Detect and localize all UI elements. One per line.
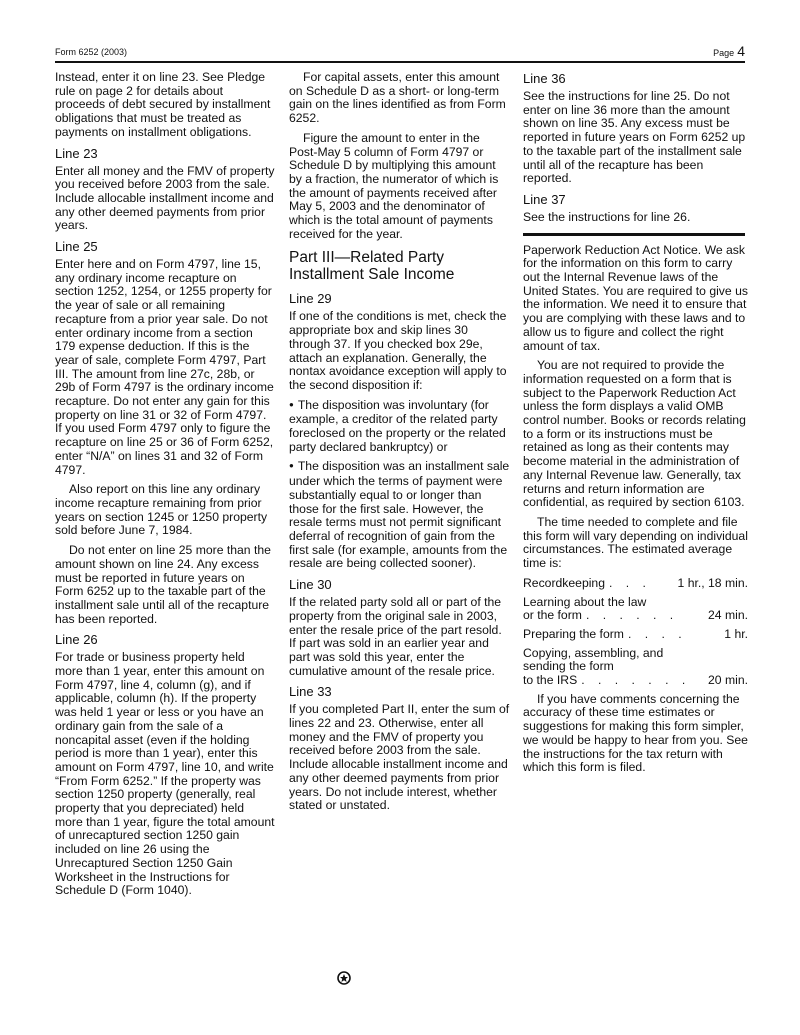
line25-text-1: Enter here and on Form 4797, line 15, an… (55, 258, 275, 477)
line33-text: If you completed Part II, enter the sum … (289, 703, 511, 813)
line25-text-3: Do not enter on line 25 more than the am… (55, 544, 275, 626)
section-divider (523, 233, 745, 236)
time-row-copying: Copying, assembling, and sending the for… (523, 647, 748, 688)
line33-heading: Line 33 (289, 684, 511, 699)
recycle-icon (337, 971, 351, 985)
paperwork-title: Paperwork Reduction Act Notice. (523, 243, 701, 257)
paperwork-notice: Paperwork Reduction Act Notice. We ask f… (523, 244, 748, 354)
part3-heading: Part III—Related PartyInstallment Sale I… (289, 249, 511, 283)
time-row-preparing: Preparing the form. . . .1 hr. (523, 628, 748, 642)
column-3: Line 36 See the instructions for line 25… (523, 71, 748, 781)
bullet-icon (289, 398, 298, 412)
comments-paragraph: If you have comments concerning the accu… (523, 693, 748, 775)
page-indicator: Page4 (713, 43, 745, 59)
bullet-icon (289, 459, 298, 473)
line30-text: If the related party sold all or part of… (289, 596, 511, 678)
post-may5-paragraph: Figure the amount to enter in the Post-M… (289, 132, 511, 242)
column-1: Instead, enter it on line 23. See Pledge… (55, 71, 275, 904)
capital-assets-paragraph: For capital assets, enter this amount on… (289, 71, 511, 126)
omb-paragraph: You are not required to provide the info… (523, 359, 748, 510)
header-rule (55, 61, 745, 63)
line23-heading: Line 23 (55, 146, 275, 161)
line37-heading: Line 37 (523, 192, 748, 207)
line29-heading: Line 29 (289, 291, 511, 306)
time-row-learning: Learning about the law or the form. . . … (523, 596, 748, 623)
line29-text: If one of the conditions is met, check t… (289, 310, 511, 392)
line26-heading: Line 26 (55, 632, 275, 647)
line36-text: See the instructions for line 25. Do not… (523, 90, 748, 186)
line36-heading: Line 36 (523, 71, 748, 86)
form-label: Form 6252 (2003) (55, 47, 127, 57)
page-number: 4 (737, 43, 745, 59)
column-2: For capital assets, enter this amount on… (289, 71, 511, 819)
intro-paragraph: Instead, enter it on line 23. See Pledge… (55, 71, 275, 140)
line25-heading: Line 25 (55, 239, 275, 254)
line30-heading: Line 30 (289, 577, 511, 592)
line26-text: For trade or business property held more… (55, 651, 275, 898)
line23-text: Enter all money and the FMV of property … (55, 165, 275, 234)
line37-text: See the instructions for line 26. (523, 211, 748, 225)
line29-bullet-2: The disposition was an installment sale … (289, 460, 511, 571)
time-needed-paragraph: The time needed to complete and file thi… (523, 516, 748, 571)
page-label: Page (713, 48, 734, 58)
line29-bullet-1: The disposition was involuntary (for exa… (289, 399, 511, 455)
time-row-recordkeeping: Recordkeeping. . .1 hr., 18 min. (523, 577, 748, 591)
line25-text-2: Also report on this line any ordinary in… (55, 483, 275, 538)
